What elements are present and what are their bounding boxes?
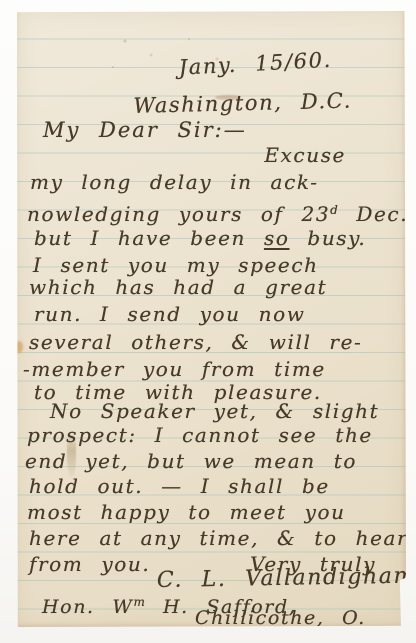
letter-text: Jany. 15/60.Washington, D.C.My Dear Sir:…: [17, 11, 406, 627]
date-line: Jany. 15/60.: [17, 43, 406, 90]
body-line: nowledging yours of 23d Dec.: [17, 197, 406, 224]
handwriting-text: end yet, but we mean to: [25, 449, 357, 473]
handwriting-text: My Dear Sir:—: [43, 118, 247, 142]
letter-paper: Jany. 15/60.Washington, D.C.My Dear Sir:…: [17, 11, 406, 627]
recipient-city: Chillicothe, O.: [17, 605, 406, 627]
body-line: most happy to meet you: [17, 499, 406, 526]
handwriting-text: nowledging yours of 23: [27, 202, 330, 226]
handwriting-text: prospect: I cannot see the: [27, 423, 373, 447]
handwriting-text: No Speaker yet, & slight: [50, 399, 379, 423]
body-line: my long delay in ack-: [17, 169, 406, 196]
handwriting-text: so: [264, 226, 290, 250]
photo-background: Jany. 15/60.Washington, D.C.My Dear Sir:…: [0, 0, 416, 643]
body-line: No Speaker yet, & slight: [17, 398, 406, 425]
handwriting-text: Excuse: [264, 143, 346, 167]
body-line: run. I send you now: [17, 301, 406, 328]
body-line: end yet, but we mean to: [17, 448, 406, 475]
handwriting-text: most happy to meet you: [27, 500, 346, 524]
handwriting-text: Jany. 15/60.: [178, 48, 332, 80]
salutation: My Dear Sir:—: [17, 117, 406, 144]
body-line: several others, & will re-: [17, 329, 406, 356]
handwriting-text: Chillicothe, O.: [195, 607, 366, 627]
handwriting-text: my long delay in ack-: [30, 170, 319, 194]
handwriting-text: Dec.: [338, 202, 406, 226]
handwriting-text: Washington, D.C.: [133, 89, 352, 118]
body-line: hold out. — I shall be: [17, 473, 406, 500]
body-line: prospect: I cannot see the: [17, 422, 406, 449]
handwriting-text: run. I send you now: [34, 302, 305, 326]
body-line: but I have been so busy.: [17, 225, 406, 252]
handwriting-text: but I have been: [34, 226, 264, 250]
handwriting-text: busy.: [289, 226, 366, 250]
body-line: which has had a great: [17, 274, 406, 301]
handwriting-text: several others, & will re-: [29, 330, 362, 354]
handwriting-text: here at any time, & to hear: [29, 526, 406, 550]
body-line: here at any time, & to hear: [17, 525, 406, 552]
handwriting-text: -member you from time: [23, 357, 326, 381]
handwriting-text: hold out. — I shall be: [29, 474, 330, 498]
handwriting-text: which has had a great: [29, 275, 327, 299]
body-line: Excuse: [17, 142, 406, 169]
